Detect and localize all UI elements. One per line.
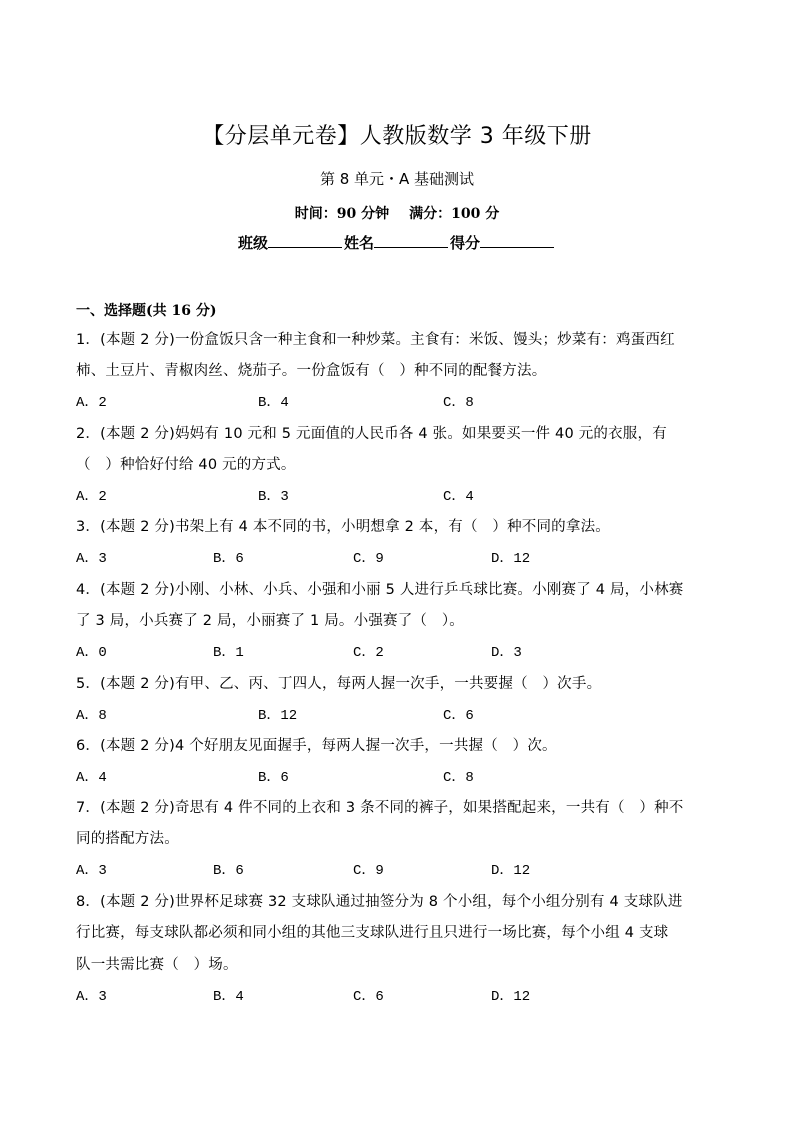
question-1-option-c: C．8 [443,391,474,411]
question-4-option-d: D．3 [491,641,522,661]
question-3-option-c: C．9 [353,547,384,567]
exam-meta: 时间：90 分钟满分：100 分 [0,203,794,223]
score-field-label: 得分 [450,234,480,252]
question-2-option-c: C．4 [443,485,474,505]
question-8-line-3: 队一共需比赛（ ）场。 [76,953,238,974]
question-7-line-1: 7．(本题 2 分)奇思有 4 件不同的上衣和 3 条不同的裤子，如果搭配起来，… [76,796,683,817]
question-8-option-a: A．3 [76,985,107,1005]
question-3-option-d: D．12 [491,547,530,567]
question-2-line-1: 2．(本题 2 分)妈妈有 10 元和 5 元面值的人民币各 4 张。如果要买一… [76,422,667,443]
exam-title: 【分层单元卷】人教版数学 3 年级下册 [0,119,794,150]
question-5-option-a: A．8 [76,704,107,724]
question-3-option-a: A．3 [76,547,107,567]
question-8-option-d: D．12 [491,985,530,1005]
exam-subtitle: 第 8 单元・A 基础测试 [0,168,794,189]
question-1-option-b: B．4 [258,391,289,411]
question-5-line-1: 5．(本题 2 分)有甲、乙、丙、丁四人，每两人握一次手，一共要握（ ）次手。 [76,672,601,693]
question-1-line-2: 柿、土豆片、青椒肉丝、烧茄子。一份盒饭有（ ）种不同的配餐方法。 [76,359,546,380]
question-5-option-b: B．12 [258,704,297,724]
question-4-option-c: C．2 [353,641,384,661]
question-1-option-a: A．2 [76,391,107,411]
time-label: 时间：90 分钟 [295,206,389,222]
question-8-line-1: 8．(本题 2 分)世界杯足球赛 32 支球队通过抽签分为 8 个小组，每个小组… [76,890,683,911]
student-info-fields: 班级姓名得分 [0,232,794,253]
question-8-option-b: B．4 [213,985,244,1005]
name-blank[interactable] [374,233,448,248]
question-6-line-1: 6．(本题 2 分)4 个好朋友见面握手，每两人握一次手，一共握（ ）次。 [76,734,557,755]
score-label: 满分：100 分 [409,206,499,222]
question-7-option-c: C．9 [353,859,384,879]
question-4-line-1: 4．(本题 2 分)小刚、小林、小兵、小强和小丽 5 人进行乒乓球比赛。小刚赛了… [76,578,683,599]
class-label: 班级 [238,234,268,252]
question-7-line-2: 同的搭配方法。 [76,827,179,848]
question-7-option-d: D．12 [491,859,530,879]
question-1-line-1: 1．(本题 2 分)一份盒饭只含一种主食和一种炒菜。主食有：米饭、馒头；炒菜有：… [76,328,675,349]
question-6-option-a: A．4 [76,766,107,786]
question-2-option-a: A．2 [76,485,107,505]
class-blank[interactable] [268,233,342,248]
question-8-line-2: 行比赛，每支球队都必须和同小组的其他三支球队进行且只进行一场比赛，每个小组 4 … [76,921,668,942]
question-7-option-a: A．3 [76,859,107,879]
score-blank[interactable] [480,233,554,248]
question-4-option-a: A．0 [76,641,107,661]
section-title: 一、选择题(共 16 分) [76,300,216,320]
question-7-option-b: B．6 [213,859,244,879]
question-4-option-b: B．1 [213,641,244,661]
question-6-option-c: C．8 [443,766,474,786]
question-5-option-c: C．6 [443,704,474,724]
exam-page: 【分层单元卷】人教版数学 3 年级下册 第 8 单元・A 基础测试 时间：90 … [0,0,794,1123]
question-2-option-b: B．3 [258,485,289,505]
question-4-line-2: 了 3 局，小兵赛了 2 局，小丽赛了 1 局。小强赛了（ ）。 [76,609,464,630]
question-6-option-b: B．6 [258,766,289,786]
question-3-line-1: 3．(本题 2 分)书架上有 4 本不同的书，小明想拿 2 本，有（ ）种不同的… [76,515,610,536]
question-3-option-b: B．6 [213,547,244,567]
name-label: 姓名 [344,234,374,252]
question-2-line-2: （ ）种恰好付给 40 元的方式。 [76,453,296,474]
question-8-option-c: C．6 [353,985,384,1005]
